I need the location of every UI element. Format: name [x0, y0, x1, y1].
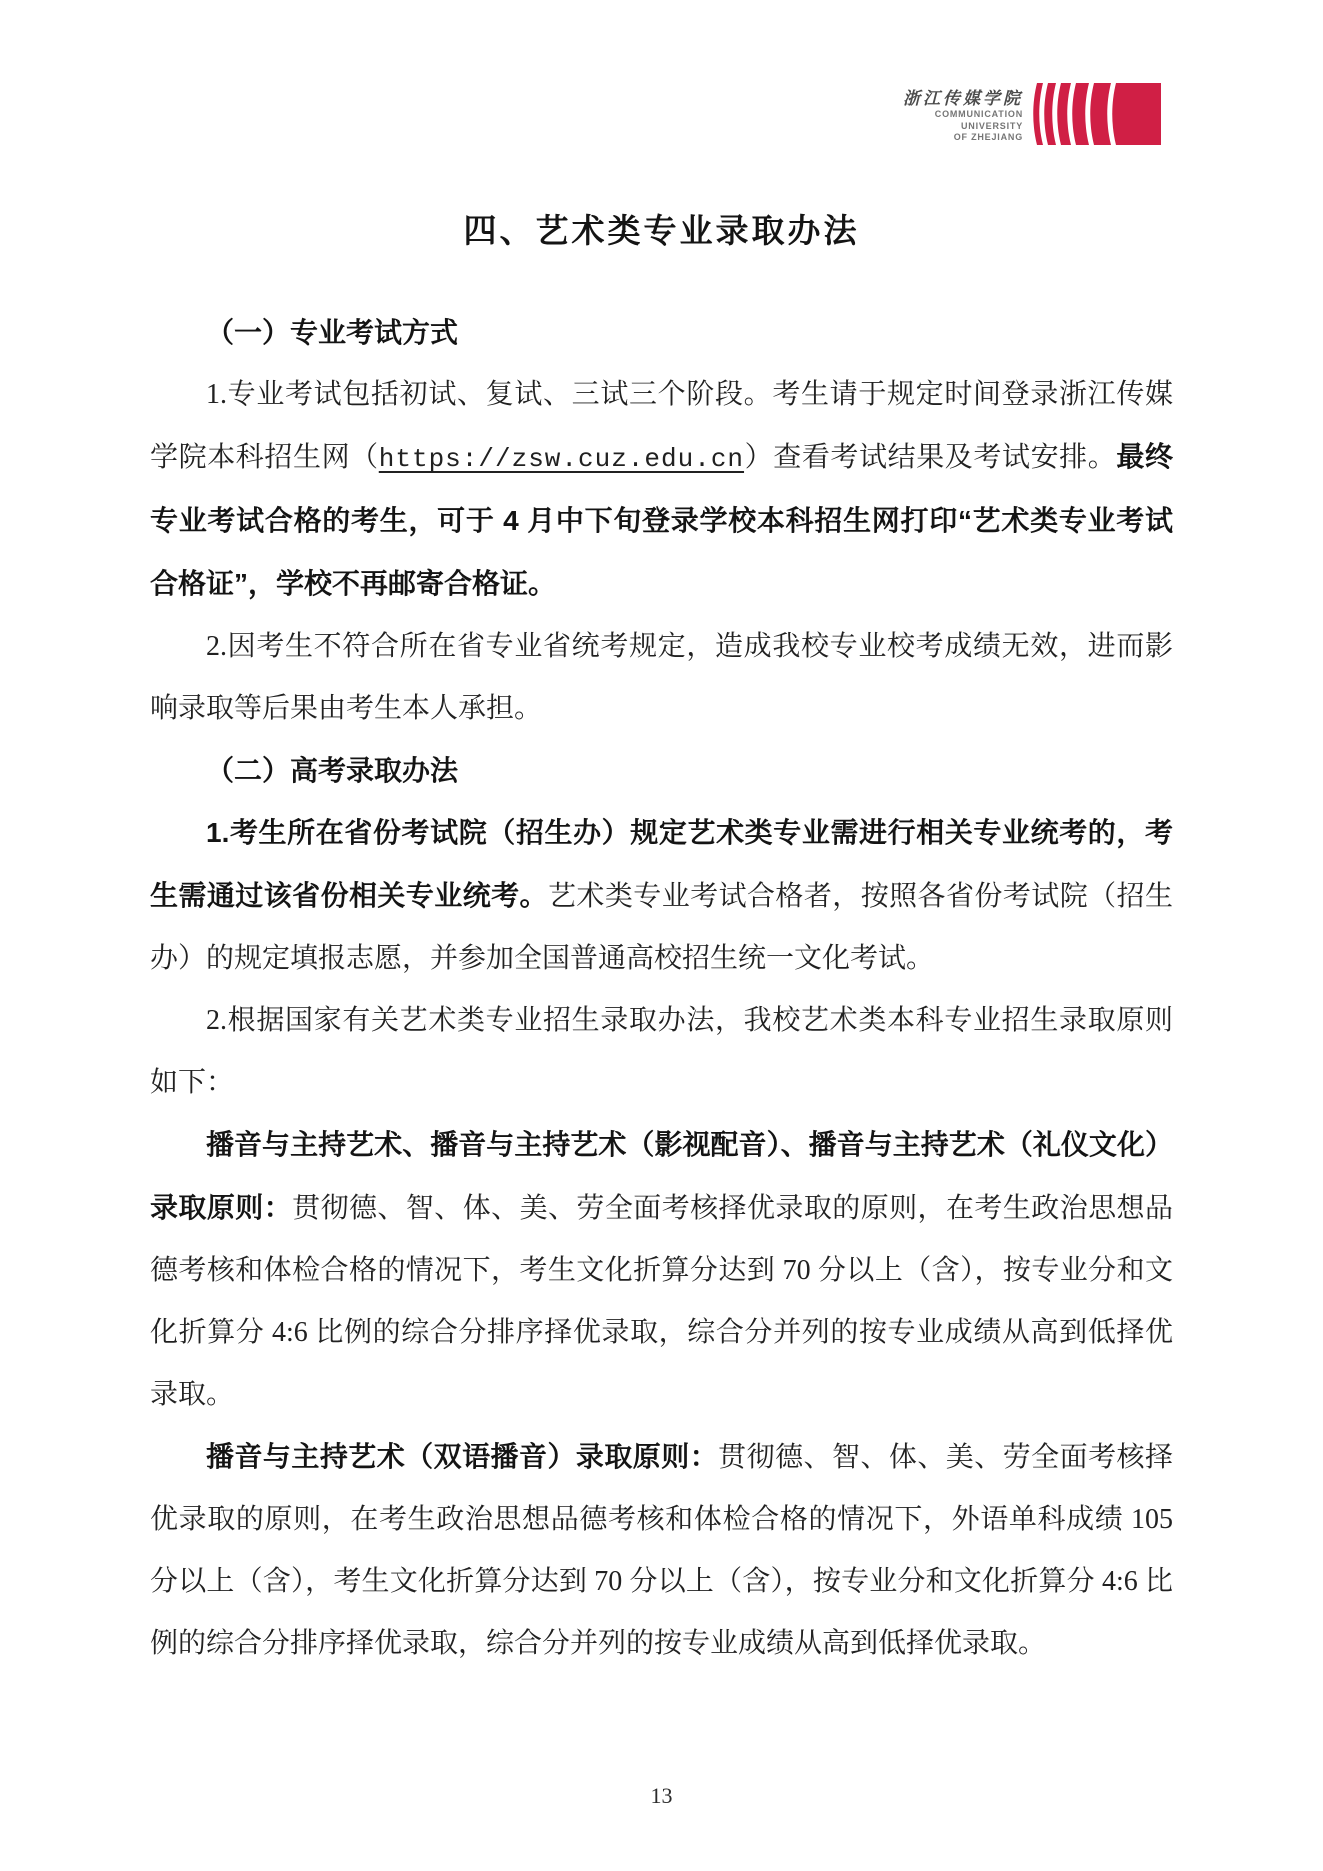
university-logo: 浙江传媒学院 COMMUNICATION UNIVERSITY OF ZHEJI…	[903, 82, 1161, 146]
paragraph: 1.专业考试包括初试、复试、三试三个阶段。考生请于规定时间登录浙江传媒学院本科招…	[150, 364, 1173, 616]
bold-text-run: （二）高考录取办法	[206, 755, 458, 786]
university-name-chinese: 浙江传媒学院	[903, 84, 1023, 109]
text-run: 2.根据国家有关艺术类专业招生录取办法，我校艺术类本科专业招生录取原则如下：	[150, 1005, 1173, 1098]
text-run: 贯彻德、智、体、美、劳全面考核择优录取的原则，在考生政治思想品德考核和体检合格的…	[150, 1193, 1173, 1410]
document-body: （一）专业考试方式1.专业考试包括初试、复试、三试三个阶段。考生请于规定时间登录…	[150, 302, 1173, 1675]
admissions-site-url-link[interactable]: https://zsw.cuz.edu.cn	[379, 444, 744, 474]
university-name-english-line3: OF ZHEJIANG	[903, 132, 1023, 144]
bold-text-run: （一）专业考试方式	[206, 317, 458, 348]
text-run: ）查看考试结果及考试安排。	[744, 442, 1116, 473]
paragraph: 1.考生所在省份考试院（招生办）规定艺术类专业需进行相关专业统考的，考生需通过该…	[150, 802, 1173, 990]
university-name-english-line1: COMMUNICATION	[903, 109, 1023, 121]
bold-text-run: 播音与主持艺术（双语播音）录取原则：	[206, 1441, 718, 1472]
paragraph: 播音与主持艺术（双语播音）录取原则：贯彻德、智、体、美、劳全面考核择优录取的原则…	[150, 1426, 1173, 1675]
text-run: 2.因考生不符合所在省专业省统考规定，造成我校专业校考成绩无效，进而影响录取等后…	[150, 631, 1173, 724]
page-title: 四、艺术类专业录取办法	[0, 205, 1323, 252]
section-heading: （二）高考录取办法	[150, 740, 1173, 802]
paragraph: 播音与主持艺术、播音与主持艺术（影视配音）、播音与主持艺术（礼仪文化）录取原则：…	[150, 1114, 1173, 1426]
page-number: 13	[0, 1783, 1323, 1809]
section-heading: （一）专业考试方式	[150, 302, 1173, 364]
university-name-english-line2: UNIVERSITY	[903, 121, 1023, 133]
paragraph: 2.因考生不符合所在省专业省统考规定，造成我校专业校考成绩无效，进而影响录取等后…	[150, 616, 1173, 740]
document-page: 浙江传媒学院 COMMUNICATION UNIVERSITY OF ZHEJI…	[0, 0, 1323, 1871]
text-run: 贯彻德、智、体、美、劳全面考核择优录取的原则，在考生政治思想品德考核和体检合格的…	[150, 1442, 1173, 1659]
university-logo-text: 浙江传媒学院 COMMUNICATION UNIVERSITY OF ZHEJI…	[903, 82, 1023, 144]
soundwave-logo-icon	[1033, 82, 1161, 146]
paragraph: 2.根据国家有关艺术类专业招生录取办法，我校艺术类本科专业招生录取原则如下：	[150, 990, 1173, 1114]
